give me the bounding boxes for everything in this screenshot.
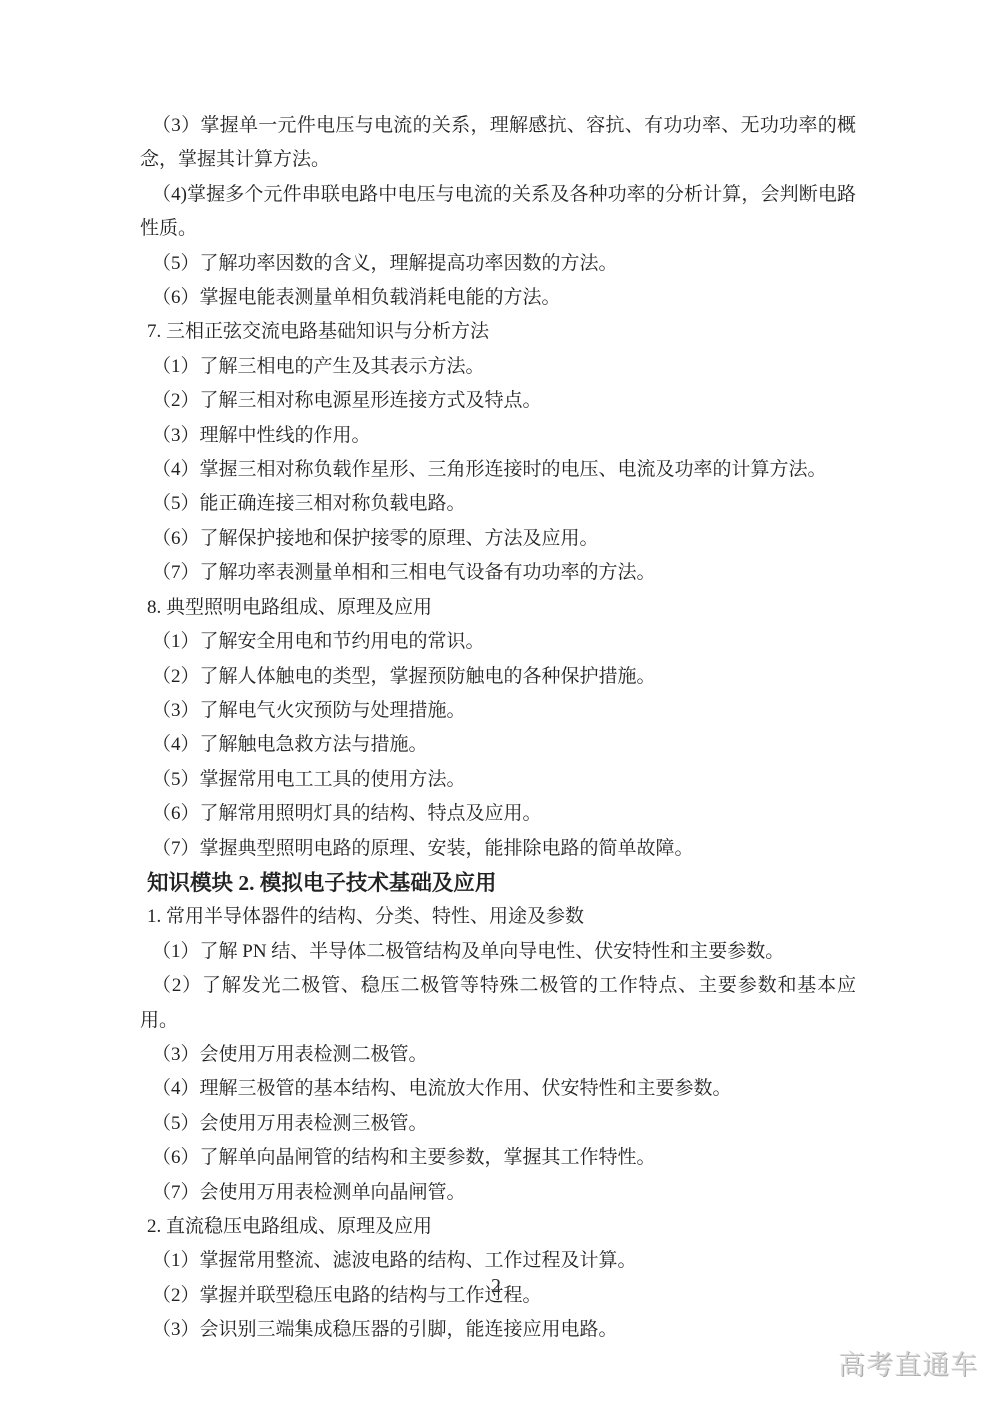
syllabus-item: （3）会使用万用表检测二极管。: [140, 1038, 856, 1072]
syllabus-item: （3）会识别三端集成稳压器的引脚，能连接应用电路。: [140, 1313, 856, 1347]
syllabus-item: （1）了解 PN 结、半导体二极管结构及单向导电性、伏安特性和主要参数。: [140, 935, 856, 969]
section-heading: 1. 常用半导体器件的结构、分类、特性、用途及参数: [140, 900, 856, 934]
watermark: 高考直通车: [838, 1343, 978, 1382]
syllabus-item: （4）理解三极管的基本结构、电流放大作用、伏安特性和主要参数。: [140, 1072, 856, 1106]
syllabus-item: （6）了解单向晶闸管的结构和主要参数，掌握其工作特性。: [140, 1141, 856, 1175]
syllabus-item: （6）掌握电能表测量单相负载消耗电能的方法。: [140, 281, 856, 315]
section-heading: 8. 典型照明电路组成、原理及应用: [140, 591, 856, 625]
syllabus-item: （7）会使用万用表检测单向晶闸管。: [140, 1176, 856, 1210]
syllabus-item: （4）了解触电急救方法与措施。: [140, 728, 856, 762]
document-body: （3）掌握单一元件电压与电流的关系，理解感抗、容抗、有功功率、无功功率的概念，掌…: [140, 109, 856, 1348]
section-heading: 2. 直流稳压电路组成、原理及应用: [140, 1210, 856, 1244]
syllabus-item: （5）会使用万用表检测三极管。: [140, 1107, 856, 1141]
module-heading: 知识模块 2. 模拟电子技术基础及应用: [140, 866, 856, 900]
syllabus-item: （2）了解人体触电的类型，掌握预防触电的各种保护措施。: [140, 660, 856, 694]
syllabus-item: （7）掌握典型照明电路的原理、安装，能排除电路的简单故障。: [140, 832, 856, 866]
syllabus-item: （6）了解保护接地和保护接零的原理、方法及应用。: [140, 522, 856, 556]
syllabus-item: （5）了解功率因数的含义，理解提高功率因数的方法。: [140, 247, 856, 281]
document-page: （3）掌握单一元件电压与电流的关系，理解感抗、容抗、有功功率、无功功率的概念，掌…: [0, 0, 992, 1403]
syllabus-item: （2）了解三相对称电源星形连接方式及特点。: [140, 384, 856, 418]
syllabus-item: （5）掌握常用电工工具的使用方法。: [140, 763, 856, 797]
syllabus-item: （1）了解三相电的产生及其表示方法。: [140, 350, 856, 384]
syllabus-item: （2）了解发光二极管、稳压二极管等特殊二极管的工作特点、主要参数和基本应用。: [140, 969, 856, 1038]
syllabus-item: （4)掌握多个元件串联电路中电压与电流的关系及各种功率的分析计算，会判断电路性质…: [140, 178, 856, 247]
syllabus-item: （4）掌握三相对称负载作星形、三角形连接时的电压、电流及功率的计算方法。: [140, 453, 856, 487]
syllabus-item: （3）了解电气火灾预防与处理措施。: [140, 694, 856, 728]
syllabus-item: （1）了解安全用电和节约用电的常识。: [140, 625, 856, 659]
syllabus-item: （3）理解中性线的作用。: [140, 419, 856, 453]
syllabus-item: （7）了解功率表测量单相和三相电气设备有功功率的方法。: [140, 556, 856, 590]
section-heading: 7. 三相正弦交流电路基础知识与分析方法: [140, 315, 856, 349]
syllabus-item: （6）了解常用照明灯具的结构、特点及应用。: [140, 797, 856, 831]
syllabus-item: （5）能正确连接三相对称负载电路。: [140, 487, 856, 521]
syllabus-item: （1）掌握常用整流、滤波电路的结构、工作过程及计算。: [140, 1244, 856, 1278]
syllabus-item: （3）掌握单一元件电压与电流的关系，理解感抗、容抗、有功功率、无功功率的概念，掌…: [140, 109, 856, 178]
page-number: 2: [0, 1275, 992, 1298]
